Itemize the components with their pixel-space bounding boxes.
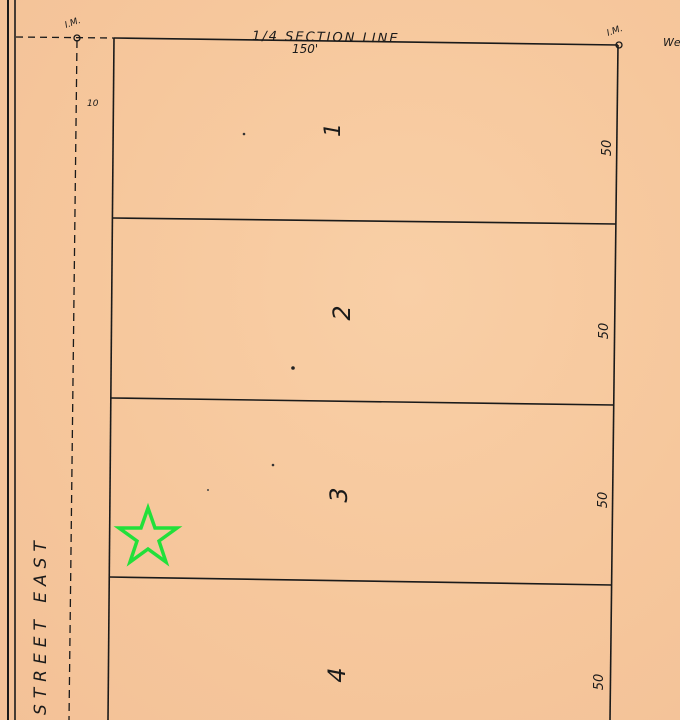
speck [272,464,275,467]
dashed-boundary-line [16,37,114,38]
top-dimension-label: 150' [292,42,318,56]
street-name-label: STREET EAST [31,535,51,715]
monument-right-label: I.M. [606,24,625,39]
lot-line-2-3 [111,398,614,405]
partial-edge-text: We [663,36,680,49]
easement-dashed-line [69,40,77,720]
location-star-marker-icon[interactable] [119,508,177,562]
lot-2-frontage: 50 [597,323,612,340]
lot-number-3: 3 [325,487,353,502]
easement-width-label: 10 [87,99,99,109]
lot-number-4: 4 [323,667,351,682]
speck [291,366,295,370]
speck [243,133,246,136]
lot-number-1: 1 [321,123,346,137]
monument-left-label: I.M. [64,16,83,31]
west-lot-boundary [108,38,114,720]
lot-4-frontage: 50 [592,674,607,691]
plat-map: I.M. I.M. We 1/4 SECTION LINE 150' 10 ST… [0,0,680,720]
lot-number-2: 2 [328,305,356,320]
lot-line-1-2 [113,218,616,224]
lot-1-frontage: 50 [600,140,615,157]
speck [207,489,209,491]
lot-3-frontage: 50 [596,492,611,509]
lot-line-3-4 [109,577,612,585]
quarter-section-label: 1/4 SECTION LINE [252,29,400,47]
plat-drawing: I.M. I.M. We 1/4 SECTION LINE 150' 10 ST… [0,0,680,720]
